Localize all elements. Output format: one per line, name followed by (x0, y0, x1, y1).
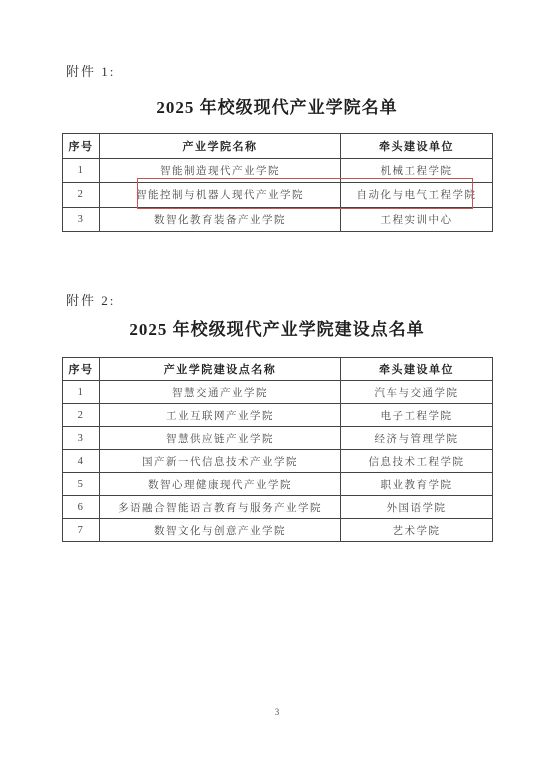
cell-college-name: 数智心理健康现代产业学院 (100, 473, 341, 496)
table-row-highlighted: 2 智能控制与机器人现代产业学院 自动化与电气工程学院 (63, 183, 493, 208)
table-row: 4 国产新一代信息技术产业学院 信息技术工程学院 (63, 450, 493, 473)
cell-no: 1 (63, 381, 100, 404)
document-page: 附件 1: 2025 年校级现代产业学院名单 序号 产业学院名称 牵头建设单位 … (0, 0, 554, 784)
cell-no: 2 (63, 404, 100, 427)
cell-no: 5 (63, 473, 100, 496)
cell-college-name: 数智文化与创意产业学院 (100, 519, 341, 542)
construction-point-list-table: 序号 产业学院建设点名称 牵头建设单位 1 智慧交通产业学院 汽车与交通学院 2… (62, 357, 493, 542)
cell-lead-unit: 艺术学院 (341, 519, 493, 542)
header-cell-lead-unit: 牵头建设单位 (341, 134, 493, 159)
table-header-row: 序号 产业学院名称 牵头建设单位 (63, 134, 493, 159)
table-row: 5 数智心理健康现代产业学院 职业教育学院 (63, 473, 493, 496)
cell-college-name: 工业互联网产业学院 (100, 404, 341, 427)
table-row: 1 智慧交通产业学院 汽车与交通学院 (63, 381, 493, 404)
cell-lead-unit: 外国语学院 (341, 496, 493, 519)
table-row: 7 数智文化与创意产业学院 艺术学院 (63, 519, 493, 542)
cell-college-name: 智能制造现代产业学院 (100, 158, 341, 183)
section-2-title: 2025 年校级现代产业学院建设点名单 (0, 315, 554, 340)
cell-no: 1 (63, 158, 100, 183)
cell-lead-unit: 经济与管理学院 (341, 427, 493, 450)
cell-no: 3 (63, 207, 100, 232)
cell-no: 4 (63, 450, 100, 473)
cell-college-name: 智慧供应链产业学院 (100, 427, 341, 450)
cell-college-name: 多语融合智能语言教育与服务产业学院 (100, 496, 341, 519)
cell-lead-unit: 电子工程学院 (341, 404, 493, 427)
header-cell-college-name: 产业学院名称 (100, 134, 341, 159)
cell-no: 7 (63, 519, 100, 542)
cell-no: 6 (63, 496, 100, 519)
cell-no: 2 (63, 183, 100, 208)
table-row: 1 智能制造现代产业学院 机械工程学院 (63, 158, 493, 183)
industry-college-list-table: 序号 产业学院名称 牵头建设单位 1 智能制造现代产业学院 机械工程学院 2 智… (62, 133, 493, 232)
cell-college-name: 智慧交通产业学院 (100, 381, 341, 404)
attachment-2-label: 附件 2: (66, 290, 115, 309)
cell-lead-unit: 信息技术工程学院 (341, 450, 493, 473)
cell-lead-unit: 机械工程学院 (341, 158, 493, 183)
header-cell-no: 序号 (63, 134, 100, 159)
cell-college-name: 智能控制与机器人现代产业学院 (100, 183, 341, 208)
table-row: 3 智慧供应链产业学院 经济与管理学院 (63, 427, 493, 450)
attachment-1-label: 附件 1: (66, 61, 115, 80)
page-number: 3 (0, 707, 554, 717)
cell-lead-unit: 职业教育学院 (341, 473, 493, 496)
table-row: 3 数智化教育装备产业学院 工程实训中心 (63, 207, 493, 232)
cell-college-name: 数智化教育装备产业学院 (100, 207, 341, 232)
table-header-row: 序号 产业学院建设点名称 牵头建设单位 (63, 358, 493, 381)
cell-lead-unit: 汽车与交通学院 (341, 381, 493, 404)
header-cell-no: 序号 (63, 358, 100, 381)
section-1-title: 2025 年校级现代产业学院名单 (0, 93, 554, 118)
header-cell-construction-point-name: 产业学院建设点名称 (100, 358, 341, 381)
cell-lead-unit: 自动化与电气工程学院 (341, 183, 493, 208)
cell-lead-unit: 工程实训中心 (341, 207, 493, 232)
header-cell-lead-unit: 牵头建设单位 (341, 358, 493, 381)
cell-no: 3 (63, 427, 100, 450)
cell-college-name: 国产新一代信息技术产业学院 (100, 450, 341, 473)
table-row: 6 多语融合智能语言教育与服务产业学院 外国语学院 (63, 496, 493, 519)
table-row: 2 工业互联网产业学院 电子工程学院 (63, 404, 493, 427)
